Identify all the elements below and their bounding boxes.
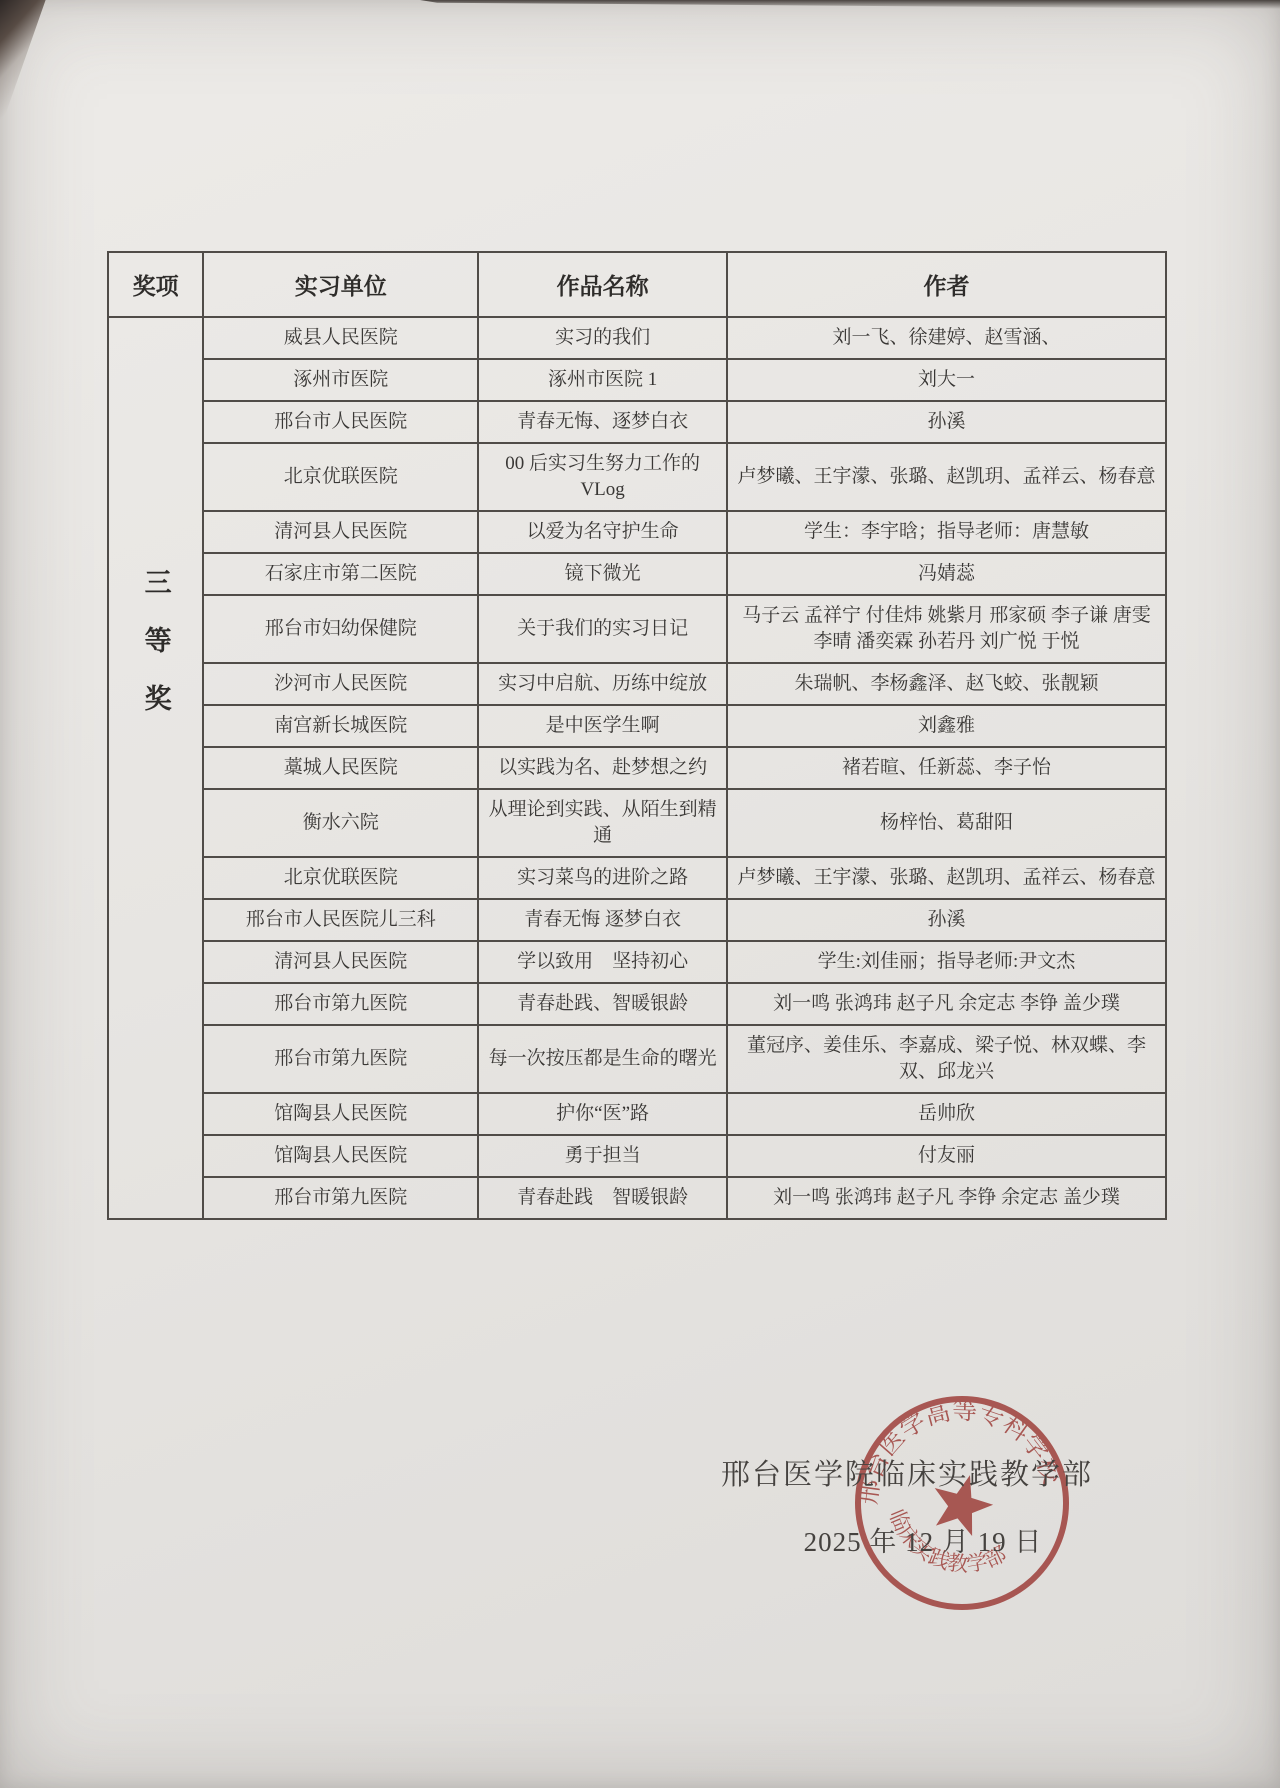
table-row: 藁城人民医院 以实践为名、赴梦想之约 褚若暄、任新蕊、李子怡: [108, 747, 1166, 789]
table-row: 邢台市第九医院 青春赴践 智暖银龄 刘一鸣 张鸿玮 赵子凡 李铮 余定志 盖少璞: [108, 1177, 1166, 1219]
unit-cell: 邢台市人民医院: [203, 401, 478, 443]
unit-cell: 邢台市第九医院: [203, 983, 478, 1025]
authors-cell: 卢梦曦、王宇濛、张璐、赵凯玥、孟祥云、杨春意: [727, 857, 1166, 899]
authors-cell: 岳帅欣: [727, 1093, 1166, 1135]
table-row: 石家庄市第二医院 镜下微光 冯婧蕊: [108, 553, 1166, 595]
work-title-cell: 青春无悔、逐梦白衣: [478, 401, 727, 443]
table-row: 馆陶县人民医院 护你“医”路 岳帅欣: [108, 1093, 1166, 1135]
authors-cell: 学生：李宇晗；指导老师：唐慧敏: [727, 511, 1166, 553]
unit-cell: 北京优联医院: [203, 443, 478, 511]
work-title-cell: 青春赴践、智暖银龄: [478, 983, 727, 1025]
unit-cell: 沙河市人民医院: [203, 663, 478, 705]
header-row: 奖项 实习单位 作品名称 作者: [108, 252, 1166, 317]
work-title-cell: 以爱为名守护生命: [478, 511, 727, 553]
awards-table-body: 三等奖 威县人民医院 实习的我们 刘一飞、徐建婷、赵雪涵、 涿州市医院 涿州市医…: [108, 317, 1166, 1219]
table-row: 北京优联医院 00 后实习生努力工作的 VLog 卢梦曦、王宇濛、张璐、赵凯玥、…: [108, 443, 1166, 511]
unit-cell: 北京优联医院: [203, 857, 478, 899]
table-row: 邢台市妇幼保健院 关于我们的实习日记 马子云 孟祥宁 付佳炜 姚紫月 邢家硕 李…: [108, 595, 1166, 663]
authors-cell: 杨梓怡、葛甜阳: [727, 789, 1166, 857]
authors-cell: 冯婧蕊: [727, 553, 1166, 595]
work-title-cell: 实习菜鸟的进阶之路: [478, 857, 727, 899]
table-row: 邢台市人民医院 青春无悔、逐梦白衣 孙溪: [108, 401, 1166, 443]
work-title-cell: 从理论到实践、从陌生到精通: [478, 789, 727, 857]
work-title-cell: 学以致用 坚持初心: [478, 941, 727, 983]
work-title-cell: 勇于担当: [478, 1135, 727, 1177]
unit-cell: 邢台市第九医院: [203, 1025, 478, 1093]
table-row: 馆陶县人民医院 勇于担当 付友丽: [108, 1135, 1166, 1177]
work-title-cell: 镜下微光: [478, 553, 727, 595]
authors-cell: 褚若暄、任新蕊、李子怡: [727, 747, 1166, 789]
authors-cell: 学生:刘佳丽；指导老师:尹文杰: [727, 941, 1166, 983]
table-row: 邢台市人民医院儿三科 青春无悔 逐梦白衣 孙溪: [108, 899, 1166, 941]
unit-cell: 馆陶县人民医院: [203, 1093, 478, 1135]
unit-cell: 石家庄市第二医院: [203, 553, 478, 595]
work-title-cell: 每一次按压都是生命的曙光: [478, 1025, 727, 1093]
work-title-cell: 涿州市医院 1: [478, 359, 727, 401]
header-authors: 作者: [727, 252, 1166, 317]
issue-date: 2025 年 12 月 19 日: [723, 1520, 1123, 1559]
work-title-cell: 00 后实习生努力工作的 VLog: [478, 443, 727, 511]
table-row: 邢台市第九医院 青春赴践、智暖银龄 刘一鸣 张鸿玮 赵子凡 余定志 李铮 盖少璞: [108, 983, 1166, 1025]
header-work-title: 作品名称: [478, 252, 727, 317]
unit-cell: 威县人民医院: [203, 317, 478, 359]
table-row: 北京优联医院 实习菜鸟的进阶之路 卢梦曦、王宇濛、张璐、赵凯玥、孟祥云、杨春意: [108, 857, 1166, 899]
table-row: 涿州市医院 涿州市医院 1 刘大一: [108, 359, 1166, 401]
header-award: 奖项: [108, 252, 203, 317]
unit-cell: 南宫新长城医院: [203, 705, 478, 747]
unit-cell: 邢台市第九医院: [203, 1177, 478, 1219]
work-title-cell: 青春无悔 逐梦白衣: [478, 899, 727, 941]
unit-cell: 馆陶县人民医院: [203, 1135, 478, 1177]
authors-cell: 朱瑞帆、李杨鑫泽、赵飞蛟、张靓颖: [727, 663, 1166, 705]
awards-table-header: 奖项 实习单位 作品名称 作者: [108, 252, 1166, 317]
work-title-cell: 实习中启航、历练中绽放: [478, 663, 727, 705]
award-label: 三等奖: [143, 568, 169, 742]
work-title-cell: 是中医学生啊: [478, 705, 727, 747]
authors-cell: 刘一飞、徐建婷、赵雪涵、: [727, 317, 1166, 359]
table-row: 邢台市第九医院 每一次按压都是生命的曙光 董冠序、姜佳乐、李嘉成、梁子悦、林双蝶…: [108, 1025, 1166, 1093]
table-row: 清河县人民医院 学以致用 坚持初心 学生:刘佳丽；指导老师:尹文杰: [108, 941, 1166, 983]
authors-cell: 刘大一: [727, 359, 1166, 401]
issuing-department: 邢台医学院临床实践教学部: [707, 1452, 1107, 1493]
table-row: 衡水六院 从理论到实践、从陌生到精通 杨梓怡、葛甜阳: [108, 789, 1166, 857]
unit-cell: 涿州市医院: [203, 359, 478, 401]
official-seal-stamp: 邢台医学高等专科学校 临床实践教学部: [837, 1378, 1087, 1628]
work-title-cell: 关于我们的实习日记: [478, 595, 727, 663]
authors-cell: 刘一鸣 张鸿玮 赵子凡 余定志 李铮 盖少璞: [727, 983, 1166, 1025]
authors-cell: 刘鑫雅: [727, 705, 1166, 747]
authors-cell: 刘一鸣 张鸿玮 赵子凡 李铮 余定志 盖少璞: [727, 1177, 1166, 1219]
table-row: 三等奖 威县人民医院 实习的我们 刘一飞、徐建婷、赵雪涵、: [108, 317, 1166, 359]
awards-table: 奖项 实习单位 作品名称 作者 三等奖 威县人民医院 实习的我们 刘一飞、徐建婷…: [107, 251, 1167, 1220]
award-label-cell: 三等奖: [108, 317, 203, 1219]
unit-cell: 邢台市人民医院儿三科: [203, 899, 478, 941]
authors-cell: 孙溪: [727, 899, 1166, 941]
work-title-cell: 以实践为名、赴梦想之约: [478, 747, 727, 789]
work-title-cell: 实习的我们: [478, 317, 727, 359]
table-row: 南宫新长城医院 是中医学生啊 刘鑫雅: [108, 705, 1166, 747]
unit-cell: 邢台市妇幼保健院: [203, 595, 478, 663]
unit-cell: 清河县人民医院: [203, 511, 478, 553]
work-title-cell: 青春赴践 智暖银龄: [478, 1177, 727, 1219]
unit-cell: 藁城人民医院: [203, 747, 478, 789]
authors-cell: 马子云 孟祥宁 付佳炜 姚紫月 邢家硕 李子谦 唐雯 李晴 潘奕霖 孙若丹 刘广…: [727, 595, 1166, 663]
work-title-cell: 护你“医”路: [478, 1093, 727, 1135]
authors-cell: 付友丽: [727, 1135, 1166, 1177]
authors-cell: 卢梦曦、王宇濛、张璐、赵凯玥、孟祥云、杨春意: [727, 443, 1166, 511]
table-row: 清河县人民医院 以爱为名守护生命 学生：李宇晗；指导老师：唐慧敏: [108, 511, 1166, 553]
photo-edge-shadow: [420, 0, 1280, 9]
unit-cell: 衡水六院: [203, 789, 478, 857]
table-row: 沙河市人民医院 实习中启航、历练中绽放 朱瑞帆、李杨鑫泽、赵飞蛟、张靓颖: [108, 663, 1166, 705]
header-unit: 实习单位: [203, 252, 478, 317]
photo-corner-shadow: [0, 0, 120, 130]
unit-cell: 清河县人民医院: [203, 941, 478, 983]
authors-cell: 董冠序、姜佳乐、李嘉成、梁子悦、林双蝶、李双、邱龙兴: [727, 1025, 1166, 1093]
authors-cell: 孙溪: [727, 401, 1166, 443]
